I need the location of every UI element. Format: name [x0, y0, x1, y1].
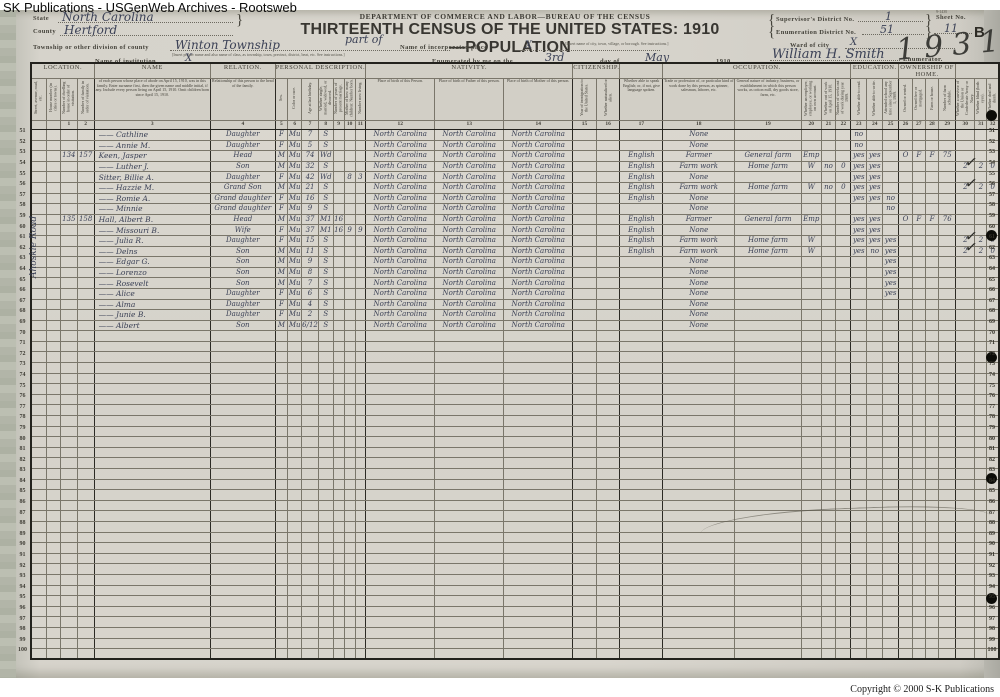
cell-sched: [939, 352, 956, 363]
cell-age: 7: [302, 130, 319, 141]
cell-yrs: 16: [333, 214, 344, 225]
cell-mar: [318, 585, 333, 596]
cell-lang: [620, 490, 663, 501]
cell-sched: [939, 161, 956, 172]
cell-street: [31, 638, 47, 649]
cell-age: [302, 564, 319, 575]
cell-nat: [596, 235, 620, 246]
row-number: 90: [985, 539, 999, 550]
cell-nat: [596, 521, 620, 532]
cell-fh: [925, 405, 939, 416]
cell-house: [47, 130, 61, 141]
cell-emp: [801, 596, 821, 607]
cell-occ: [663, 352, 735, 363]
cell-sch: [883, 214, 899, 225]
margin-check-mark: ✓: [964, 173, 979, 194]
row-number: 78: [16, 412, 29, 423]
cell-color: Mu: [288, 130, 302, 141]
cell-color: Mu: [288, 204, 302, 215]
column-number: [47, 121, 61, 130]
cell-c30: [956, 257, 975, 268]
cell-read: [851, 310, 867, 321]
cell-sched: [939, 246, 956, 257]
cell-wks: [836, 384, 851, 395]
table-row: [31, 384, 999, 395]
cell-pf: North Carolina: [435, 257, 504, 268]
row-number: 72: [16, 348, 29, 359]
cell-own: [899, 617, 913, 628]
cell-emp: [801, 585, 821, 596]
cell-rel: [211, 638, 276, 649]
cell-pob: North Carolina: [366, 257, 435, 268]
cell-own: [899, 638, 913, 649]
cell-street: [31, 447, 47, 458]
row-number: 75: [985, 380, 999, 391]
cell-pf: [435, 331, 504, 342]
column-header-nat: Whether naturalized or alien.: [596, 79, 620, 121]
cell-color: [288, 532, 302, 543]
cell-color: Mu: [288, 193, 302, 204]
cell-fh: [925, 585, 939, 596]
cell-ind: [735, 193, 802, 204]
cell-free: [912, 161, 925, 172]
cell-house: [47, 638, 61, 649]
cell-name: [94, 490, 210, 501]
cell-wks: [836, 352, 851, 363]
cell-read: [851, 278, 867, 289]
enumerator-line: [770, 60, 900, 61]
row-number: 71: [16, 338, 29, 349]
table-row: [31, 649, 999, 660]
column-header-dw: Number of dwelling house in order of vis…: [60, 79, 77, 121]
cell-dw: [60, 532, 77, 543]
cell-house: [47, 331, 61, 342]
cell-wks: [836, 267, 851, 278]
cell-write: [867, 405, 883, 416]
cell-out: [821, 416, 836, 427]
cell-name: [94, 416, 210, 427]
cell-dw: [60, 384, 77, 395]
cell-yrs: [333, 627, 344, 638]
cell-color: [288, 363, 302, 374]
cell-imm: [573, 574, 597, 585]
cell-sch: yes: [883, 235, 899, 246]
cell-write: [867, 331, 883, 342]
cell-rel: [211, 543, 276, 554]
cell-emp: [801, 363, 821, 374]
cell-fh: [925, 553, 939, 564]
cell-fh: [925, 606, 939, 617]
cell-cb: [344, 574, 355, 585]
cell-write: [867, 426, 883, 437]
cell-sex: [275, 479, 288, 490]
cell-pm: North Carolina: [504, 310, 573, 321]
cell-age: [302, 490, 319, 501]
cell-fh: [925, 193, 939, 204]
cell-pob: [366, 437, 435, 448]
row-number: 51: [985, 126, 999, 137]
cell-dw: [60, 469, 77, 480]
cell-rel: Wife: [211, 225, 276, 236]
cell-occ: [663, 574, 735, 585]
cell-mar: [318, 384, 333, 395]
cell-occ: None: [663, 172, 735, 183]
cell-yrs: [333, 257, 344, 268]
cell-out: [821, 384, 836, 395]
cell-name: [94, 437, 210, 448]
cell-write: [867, 352, 883, 363]
cell-imm: [573, 310, 597, 321]
cell-pf: [435, 437, 504, 448]
cell-mar: [318, 426, 333, 437]
cell-sch: [883, 553, 899, 564]
cell-lang: English: [620, 161, 663, 172]
table-row: —— AlmaDaughterFMu4SNorth CarolinaNorth …: [31, 299, 999, 310]
cell-emp: W: [801, 182, 821, 193]
cell-imm: [573, 521, 597, 532]
cell-pm: North Carolina: [504, 225, 573, 236]
cell-cb: [344, 363, 355, 374]
cell-read: yes: [851, 225, 867, 236]
cell-dw: [60, 310, 77, 321]
cell-imm: [573, 479, 597, 490]
cell-nat: [596, 288, 620, 299]
cell-dw: [60, 649, 77, 660]
cell-fam: [77, 416, 94, 427]
cell-cl: [355, 161, 366, 172]
cell-pob: [366, 564, 435, 575]
cell-age: [302, 617, 319, 628]
cell-ind: [735, 500, 802, 511]
cell-emp: [801, 267, 821, 278]
cell-sch: yes: [883, 257, 899, 268]
cell-imm: [573, 585, 597, 596]
cell-out: [821, 130, 836, 141]
cell-free: [912, 596, 925, 607]
cell-pob: [366, 490, 435, 501]
cell-cb: [344, 627, 355, 638]
table-row: —— Edgar G.SonMMu9SNorth CarolinaNorth C…: [31, 257, 999, 268]
cell-street: [31, 469, 47, 480]
cell-color: [288, 458, 302, 469]
column-header-read: Whether able to read.: [851, 79, 867, 121]
cell-fam: [77, 373, 94, 384]
cell-ind: [735, 649, 802, 660]
cell-wks: [836, 543, 851, 554]
cell-out: no: [821, 182, 836, 193]
column-number: 8: [318, 121, 333, 130]
cell-pf: North Carolina: [435, 278, 504, 289]
cell-name: —— Junie B.: [94, 310, 210, 321]
cell-rel: Daughter: [211, 140, 276, 151]
cell-street: [31, 574, 47, 585]
cell-own: [899, 649, 913, 660]
street-name-note: Ahoskie Road: [29, 148, 42, 278]
cell-occ: [663, 511, 735, 522]
cell-fam: [77, 511, 94, 522]
cell-dw: [60, 606, 77, 617]
column-number: 23: [851, 121, 867, 130]
cell-pm: North Carolina: [504, 193, 573, 204]
cell-age: 74: [302, 151, 319, 162]
cell-yrs: [333, 363, 344, 374]
cell-pm: [504, 426, 573, 437]
cell-ind: [735, 627, 802, 638]
cell-rel: [211, 606, 276, 617]
cell-free: [912, 479, 925, 490]
cell-yrs: [333, 405, 344, 416]
cell-lang: [620, 299, 663, 310]
row-number: 97: [985, 613, 999, 624]
cell-lang: [620, 288, 663, 299]
cell-wks: [836, 394, 851, 405]
cell-sex: [275, 617, 288, 628]
cell-write: [867, 649, 883, 660]
cell-pm: North Carolina: [504, 214, 573, 225]
cell-rel: [211, 574, 276, 585]
cell-pob: [366, 426, 435, 437]
cell-c30: [956, 437, 975, 448]
cell-fam: [77, 172, 94, 183]
row-number: 83: [16, 465, 29, 476]
row-number: 74: [985, 370, 999, 381]
table-row: [31, 394, 999, 405]
punch-hole: [986, 110, 997, 121]
cell-out: [821, 341, 836, 352]
cell-pm: [504, 564, 573, 575]
cell-sex: [275, 585, 288, 596]
cell-mar: [318, 606, 333, 617]
cell-yrs: [333, 596, 344, 607]
cell-own: [899, 193, 913, 204]
cell-pm: [504, 553, 573, 564]
cell-house: [47, 267, 61, 278]
cell-read: [851, 384, 867, 395]
cell-own: [899, 352, 913, 363]
cell-pf: [435, 596, 504, 607]
row-number: 69: [985, 317, 999, 328]
cell-pf: North Carolina: [435, 140, 504, 151]
cell-c30: [956, 214, 975, 225]
cell-house: [47, 469, 61, 480]
cell-ind: [735, 320, 802, 331]
cell-ind: General farm: [735, 214, 802, 225]
cell-sch: no: [883, 204, 899, 215]
cell-read: [851, 649, 867, 660]
cell-read: [851, 405, 867, 416]
cell-c30: [956, 299, 975, 310]
cell-ind: [735, 437, 802, 448]
cell-pm: [504, 627, 573, 638]
cell-fam: [77, 490, 94, 501]
row-number: 57: [985, 190, 999, 201]
cell-fh: [925, 564, 939, 575]
cell-fam: [77, 596, 94, 607]
cell-name: —— Delns: [94, 246, 210, 257]
cell-cb: [344, 151, 355, 162]
cell-cb: [344, 130, 355, 141]
cell-house: [47, 606, 61, 617]
cell-pob: [366, 479, 435, 490]
cell-wks: [836, 140, 851, 151]
cell-out: [821, 235, 836, 246]
cell-cl: [355, 394, 366, 405]
cell-emp: [801, 130, 821, 141]
row-number: 79: [16, 423, 29, 434]
cell-free: [912, 246, 925, 257]
cell-c30: [956, 331, 975, 342]
cell-emp: [801, 447, 821, 458]
cell-emp: [801, 606, 821, 617]
cell-sched: [939, 331, 956, 342]
cell-house: [47, 363, 61, 374]
cell-emp: [801, 469, 821, 480]
row-number: 85: [985, 486, 999, 497]
cell-name: [94, 574, 210, 585]
cell-free: [912, 543, 925, 554]
cell-sched: [939, 235, 956, 246]
row-number: 95: [16, 592, 29, 603]
row-number: 61: [985, 232, 999, 243]
cell-dw: [60, 574, 77, 585]
column-number: 26: [899, 121, 913, 130]
cell-street: [31, 585, 47, 596]
cell-free: [912, 182, 925, 193]
cell-pob: [366, 447, 435, 458]
cell-ind: [735, 606, 802, 617]
cell-mar: S: [318, 320, 333, 331]
cell-name: —— Luther J.: [94, 161, 210, 172]
cell-lang: English: [620, 182, 663, 193]
cell-imm: [573, 214, 597, 225]
cell-sex: [275, 331, 288, 342]
cell-mar: [318, 596, 333, 607]
cell-emp: W: [801, 246, 821, 257]
cell-fh: [925, 617, 939, 628]
cell-pob: North Carolina: [366, 161, 435, 172]
cell-cb: [344, 564, 355, 575]
cell-name: [94, 617, 210, 628]
cell-street: [31, 373, 47, 384]
cell-ind: [735, 172, 802, 183]
cell-lang: [620, 363, 663, 374]
cell-nat: [596, 649, 620, 660]
cell-pm: [504, 532, 573, 543]
cell-name: —— Missouri B.: [94, 225, 210, 236]
cell-pf: North Carolina: [435, 320, 504, 331]
cell-color: [288, 606, 302, 617]
cell-pf: [435, 617, 504, 628]
cell-out: [821, 447, 836, 458]
cell-age: [302, 553, 319, 564]
cell-pob: North Carolina: [366, 214, 435, 225]
cell-age: [302, 352, 319, 363]
cell-write: [867, 140, 883, 151]
cell-sched: [939, 596, 956, 607]
cell-wks: [836, 479, 851, 490]
cell-rel: [211, 521, 276, 532]
cell-fh: [925, 299, 939, 310]
cell-house: [47, 511, 61, 522]
cell-cl: [355, 638, 366, 649]
cell-name: —— Hazzie M.: [94, 182, 210, 193]
cell-dw: [60, 373, 77, 384]
cell-mar: [318, 521, 333, 532]
cell-nat: [596, 320, 620, 331]
cell-color: Mu: [288, 288, 302, 299]
row-number: 55: [985, 168, 999, 179]
cell-street: [31, 331, 47, 342]
cell-nat: [596, 373, 620, 384]
cell-street: [31, 617, 47, 628]
cell-name: —— Annie M.: [94, 140, 210, 151]
cell-wks: [836, 564, 851, 575]
cell-nat: [596, 182, 620, 193]
cell-age: 9: [302, 257, 319, 268]
cell-imm: [573, 299, 597, 310]
row-numbers-left: 5152535455565758596061626364656667686970…: [16, 126, 29, 656]
cell-mar: [318, 458, 333, 469]
cell-sch: [883, 384, 899, 395]
cell-read: [851, 394, 867, 405]
cell-ind: [735, 278, 802, 289]
cell-mar: Wd: [318, 151, 333, 162]
cell-dw: [60, 638, 77, 649]
cell-pob: [366, 363, 435, 374]
cell-occ: [663, 500, 735, 511]
cell-out: [821, 543, 836, 554]
cell-yrs: [333, 151, 344, 162]
row-number: 89: [16, 529, 29, 540]
cell-name: [94, 553, 210, 564]
cell-c30: [956, 341, 975, 352]
cell-occ: [663, 363, 735, 374]
cell-rel: [211, 553, 276, 564]
column-group-header: NAME: [94, 63, 210, 79]
row-number: 75: [16, 380, 29, 391]
cell-yrs: [333, 246, 344, 257]
cell-lang: [620, 447, 663, 458]
cell-fam: [77, 564, 94, 575]
cell-sex: [275, 352, 288, 363]
cell-name: [94, 363, 210, 374]
cell-pob: [366, 469, 435, 480]
column-header-free: Owned free or mortgaged.: [912, 79, 925, 121]
cell-cb: [344, 320, 355, 331]
state-label: State: [33, 15, 49, 22]
cell-sex: [275, 447, 288, 458]
cell-fam: [77, 246, 94, 257]
cell-rel: [211, 331, 276, 342]
column-header-lang: Whether able to speak English; or, if no…: [620, 79, 663, 121]
cell-color: Mu: [288, 172, 302, 183]
cell-sex: [275, 596, 288, 607]
cell-own: [899, 246, 913, 257]
cell-wks: [836, 447, 851, 458]
cell-sched: [939, 617, 956, 628]
cell-cb: [344, 458, 355, 469]
cell-nat: [596, 596, 620, 607]
margin-check-mark: ✓: [964, 237, 979, 258]
cell-rel: [211, 363, 276, 374]
cell-emp: [801, 617, 821, 628]
cell-cl: [355, 574, 366, 585]
cell-nat: [596, 437, 620, 448]
cell-pm: North Carolina: [504, 267, 573, 278]
cell-ind: [735, 596, 802, 607]
cell-dw: [60, 521, 77, 532]
cell-c30: [956, 352, 975, 363]
